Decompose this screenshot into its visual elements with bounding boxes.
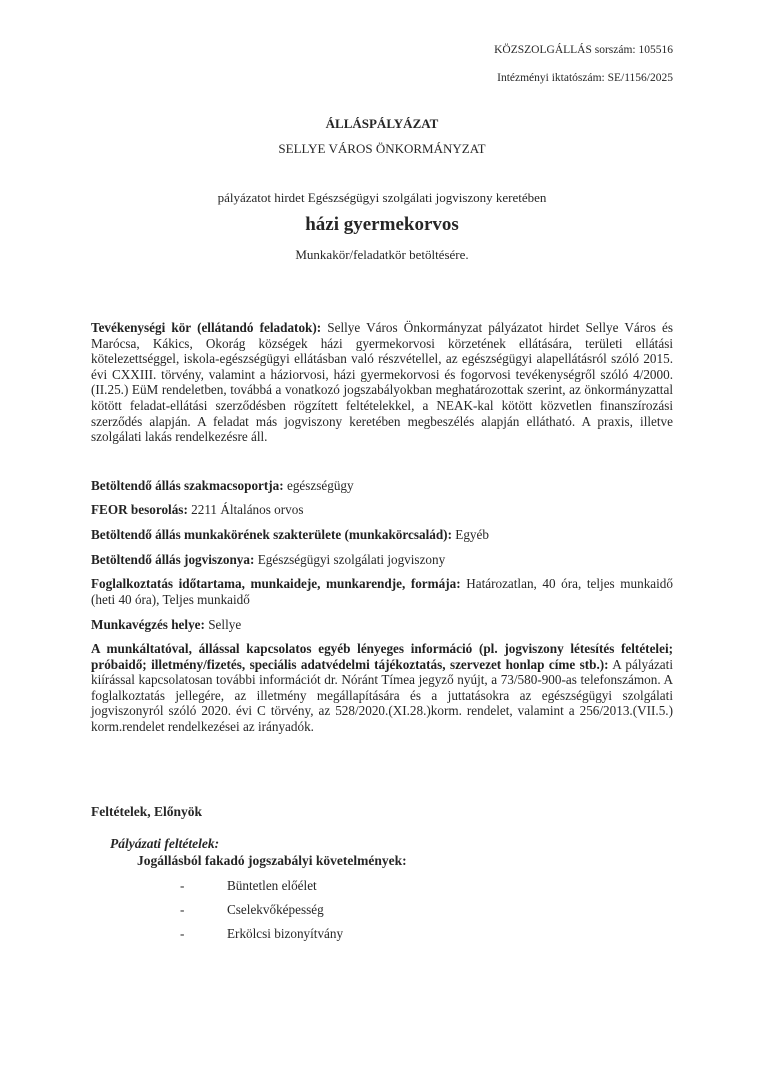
purpose-line: Munkakör/feladatkör betöltésére. [0, 247, 764, 263]
application-conditions-subtitle: Pályázati feltételek: [110, 836, 219, 852]
conditions-section-title: Feltételek, Előnyök [91, 804, 202, 820]
detail-value: 2211 Általános orvos [188, 502, 304, 517]
detail-value: Sellye Város Önkormányzat pályázatot hir… [91, 320, 673, 444]
dash-bullet-icon: - [180, 926, 227, 942]
detail-label: Betöltendő állás munkakörének szakterüle… [91, 527, 452, 542]
detail-value: Sellye [205, 617, 241, 632]
detail-label: Betöltendő állás szakmacsoportja: [91, 478, 284, 493]
requirement-text: Büntetlen előélet [227, 878, 317, 894]
list-item: - Cselekvőképesség [180, 902, 343, 926]
detail-label: Foglalkoztatás időtartama, munkaideje, m… [91, 576, 461, 591]
detail-professional-group: Betöltendő állás szakmacsoportja: egészs… [91, 478, 673, 494]
detail-value: Egészségügyi szolgálati jogviszony [254, 552, 445, 567]
registration-number: Intézményi iktatószám: SE/1156/2025 [497, 72, 673, 84]
detail-value: Egyéb [452, 527, 489, 542]
detail-label: FEOR besorolás: [91, 502, 188, 517]
serial-number: KÖZSZOLGÁLLÁS sorszám: 105516 [494, 44, 673, 56]
list-item: - Erkölcsi bizonyítvány [180, 926, 343, 950]
detail-label: Tevékenységi kör (ellátandó feladatok): [91, 320, 321, 335]
detail-activity-scope: Tevékenységi kör (ellátandó feladatok): … [91, 320, 673, 445]
detail-workplace: Munkavégzés helye: Sellye [91, 617, 673, 633]
position-title: házi gyermekorvos [0, 214, 764, 236]
detail-legal-relationship: Betöltendő állás jogviszonya: Egészségüg… [91, 552, 673, 568]
detail-label: A munkáltatóval, állással kapcsolatos eg… [91, 641, 673, 672]
requirement-text: Erkölcsi bizonyítvány [227, 926, 343, 942]
document-page: KÖZSZOLGÁLLÁS sorszám: 105516 Intézményi… [0, 0, 764, 1080]
requirement-text: Cselekvőképesség [227, 902, 324, 918]
legal-requirements-title: Jogállásból fakadó jogszabályi követelmé… [137, 853, 407, 869]
detail-job-field: Betöltendő állás munkakörének szakterüle… [91, 527, 673, 543]
document-type-heading: ÁLLÁSPÁLYÁZAT [0, 116, 764, 132]
detail-value: egészségügy [284, 478, 354, 493]
detail-employment-terms: Foglalkoztatás időtartama, munkaideje, m… [91, 576, 673, 607]
detail-label: Betöltendő állás jogviszonya: [91, 552, 254, 567]
announcement-line: pályázatot hirdet Egészségügyi szolgálat… [0, 190, 764, 206]
dash-bullet-icon: - [180, 902, 227, 918]
detail-feor-classification: FEOR besorolás: 2211 Általános orvos [91, 502, 673, 518]
detail-label: Munkavégzés helye: [91, 617, 205, 632]
dash-bullet-icon: - [180, 878, 227, 894]
detail-other-information: A munkáltatóval, állással kapcsolatos eg… [91, 641, 673, 735]
list-item: - Büntetlen előélet [180, 878, 343, 902]
requirements-list: - Büntetlen előélet - Cselekvőképesség -… [180, 878, 343, 950]
organization-name: SELLYE VÁROS ÖNKORMÁNYZAT [0, 141, 764, 157]
